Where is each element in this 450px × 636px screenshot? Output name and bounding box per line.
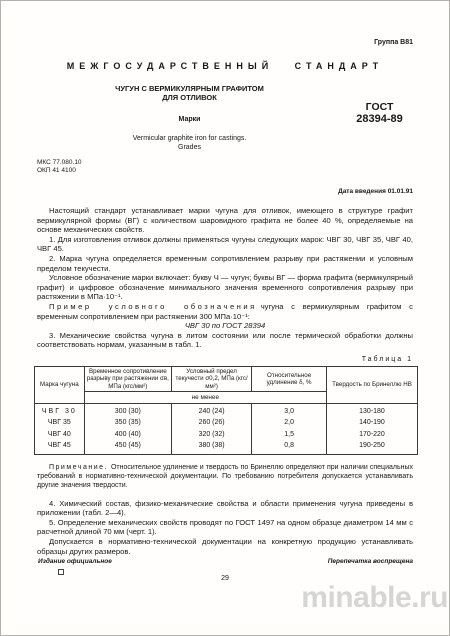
cell-yield: 240 (24) [172, 403, 252, 417]
paragraph-2: 2. Марка чугуна определяется временным с… [37, 254, 413, 273]
classification-codes: МКС 77.080.10 ОКП 41 4100 [37, 159, 413, 174]
header-grade: Марка чугуна [35, 366, 85, 403]
title-ru-line1: ЧУГУН С ВЕРМИКУЛЯРНЫМ ГРАФИТОМ [37, 84, 342, 93]
body-text: Настоящий стандарт устанавливает марки ч… [37, 206, 413, 350]
table-header-row: Марка чугуна Временное сопротивление раз… [35, 366, 418, 391]
cell-hardness: 170-220 [327, 429, 418, 441]
cell-tensile: 450 (45) [84, 440, 171, 454]
title-en-line1: Vermicular graphite iron for castings. [37, 135, 342, 144]
group-label: Группа В81 [37, 39, 413, 46]
title-ru-line2: ДЛЯ ОТЛИВОК [37, 93, 342, 102]
table-row: ЧВГ 30 300 (30) 240 (24) 3,0 130-180 [35, 403, 418, 417]
cell-yield: 260 (26) [172, 417, 252, 429]
document-page: Группа В81 МЕЖГОСУДАРСТВЕННЫЙ СТАНДАРТ Ч… [0, 0, 450, 636]
paragraph-1: 1. Для изготовления отливок должны приме… [37, 235, 413, 254]
cell-hardness: 190-250 [327, 440, 418, 454]
table-row: ЧВГ 45 450 (45) 380 (38) 0,8 190-250 [35, 440, 418, 454]
cell-hardness: 130-180 [327, 403, 418, 417]
body-text-continued: 4. Химический состав, физико-механически… [37, 499, 413, 557]
cell-elongation: 0,8 [252, 440, 327, 454]
paragraph-5: 5. Определение механических свойств пров… [37, 518, 413, 537]
watermark: minable.ru [301, 583, 448, 613]
okp-code: ОКП 41 4100 [37, 167, 413, 175]
table-row: ЧВГ 35 350 (35) 260 (26) 2,0 140-190 [35, 417, 418, 429]
min-label: не менее [84, 392, 326, 403]
cell-tensile: 300 (30) [84, 403, 171, 417]
gost-designation: ГОСТ 28394-89 [342, 102, 413, 152]
cell-hardness: 140-190 [327, 417, 418, 429]
title-block: ЧУГУН С ВЕРМИКУЛЯРНЫМ ГРАФИТОМ ДЛЯ ОТЛИВ… [37, 84, 413, 152]
paragraph-intro: Настоящий стандарт устанавливает марки ч… [37, 206, 413, 235]
gost-number: 28394-89 [346, 113, 413, 125]
cell-grade: ЧВГ 45 [35, 440, 85, 454]
header-hardness: Твердость по Бринеллю НВ [327, 366, 418, 403]
example-paragraph: Пример условного обозначениячугуна с вер… [37, 302, 413, 321]
cell-grade: ЧВГ 40 [35, 429, 85, 441]
cell-elongation: 3,0 [252, 403, 327, 417]
footer: Издание официальное Перепечатка воспреще… [38, 558, 413, 565]
cell-elongation: 1,5 [252, 429, 327, 441]
cell-tensile: 350 (35) [84, 417, 171, 429]
note-label: Примечание. [49, 464, 108, 471]
cell-yield: 380 (38) [172, 440, 252, 454]
table-row: ЧВГ 40 400 (40) 320 (32) 1,5 170-220 [35, 429, 418, 441]
cell-grade: ЧВГ 30 [35, 403, 85, 417]
paragraph-5a: Допускается в нормативно-технической док… [37, 537, 413, 556]
title-en-line2: Grades [37, 144, 342, 153]
cell-tensile: 400 (40) [84, 429, 171, 441]
mechanical-properties-table: Марка чугуна Временное сопротивление раз… [34, 366, 418, 455]
effective-date: Дата введения 01.01.91 [37, 188, 413, 195]
subtitle-ru: Марки [37, 116, 342, 123]
table-note: Примечание.Относительное удлинение и тве… [37, 463, 413, 490]
gost-label: ГОСТ [346, 102, 413, 113]
header-yield-strength: Условный предел текучести σ0,2, МПа (кгс… [172, 366, 252, 391]
header-elongation: Относительное удлинение δ, % [252, 366, 327, 391]
header-tensile-strength: Временное сопротивление разрыву при раст… [84, 366, 171, 391]
standard-kind-heading: МЕЖГОСУДАРСТВЕННЫЙ СТАНДАРТ [37, 61, 413, 71]
example-designation: ЧВГ 30 по ГОСТ 28394 [37, 321, 413, 331]
cell-grade: ЧВГ 35 [35, 417, 85, 429]
paragraph-4: 4. Химический состав, физико-механически… [37, 499, 413, 518]
paragraph-3: 3. Механические свойства чугуна в литом … [37, 331, 413, 350]
official-edition-label: Издание официальное [38, 558, 112, 565]
paragraph-2a: Условное обозначение марки включает: бук… [37, 273, 413, 302]
mks-code: МКС 77.080.10 [37, 159, 413, 167]
example-lead: Пример условного обозначения [49, 302, 257, 311]
table-caption: Таблица 1 [37, 356, 413, 363]
cell-elongation: 2,0 [252, 417, 327, 429]
reprint-forbidden-label: Перепечатка воспрещена [328, 558, 413, 565]
cell-yield: 320 (32) [172, 429, 252, 441]
